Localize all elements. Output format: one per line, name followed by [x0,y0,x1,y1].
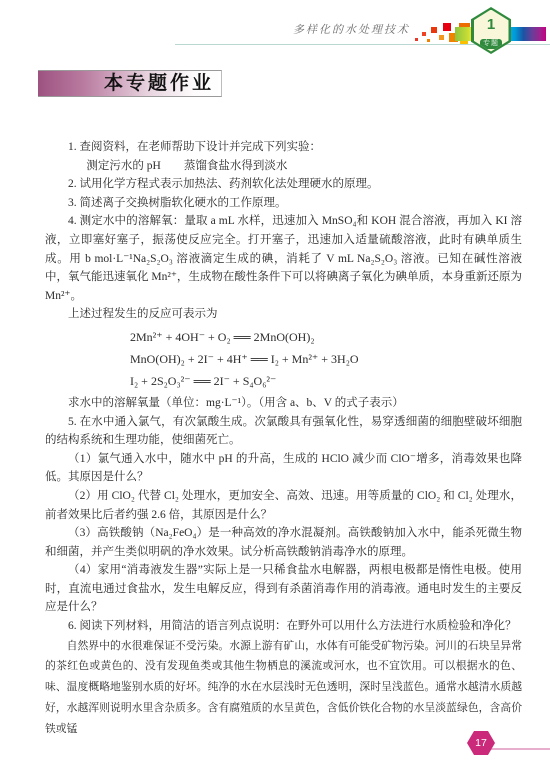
unit-badge-face: 1 专题 [474,10,509,52]
exercise-content: 1. 查阅资料，在老师帮助下设计并完成下列实验： 测定污水的 pH 蒸馏食盐水得… [45,138,522,740]
decor-square [439,35,444,40]
equation-result: 求水中的溶解氧量（单位：mg·L⁻¹）。（用含 a、b、V 的式子表示） [45,394,522,413]
question-1: 1. 查阅资料，在老师帮助下设计并完成下列实验： [45,138,522,157]
equation-intro: 上述过程发生的反应可表示为 [45,305,522,324]
question-1-items: 测定污水的 pH 蒸馏食盐水得到淡水 [45,157,522,176]
equation-line: 2Mn²⁺ + 4OH⁻ + O₂ ══ 2MnO(OH)₂ [130,326,522,348]
decor-square [427,39,430,42]
unit-label: 专题 [480,39,502,49]
decor-square [422,32,426,36]
question-5-2: （2）用 ClO₂ 代替 Cl₂ 处理水，更加安全、高效、迅速。用等质量的 Cl… [45,487,522,524]
question-2: 2. 试用化学方程式表示加热法、药剂软化法处理硬水的原理。 [45,175,522,194]
question-3: 3. 简述离子交换树脂软化硬水的工作原理。 [45,194,522,213]
unit-number: 1 [474,17,509,32]
chapter-title: 多样化的水处理技术 [293,21,410,37]
unit-badge: 1 专题 [471,7,511,54]
question-5-3: （3）高铁酸钠（Na₂FeO₄）是一种高效的净水混凝剂。高铁酸钠加入水中，能杀死… [45,524,522,561]
question-5: 5. 在水中通入氯气，有次氯酸生成。次氯酸具有强氧化性，易穿透细菌的细胞壁破坏细… [45,413,522,450]
equation-line: MnO(OH)₂ + 2I⁻ + 4H⁺ ══ I₂ + Mn²⁺ + 3H₂O [130,348,522,370]
question-4: 4. 测定水中的溶解氧：量取 a mL 水样，迅速加入 MnSO₄和 KOH 混… [45,212,522,305]
decor-square [443,23,451,31]
question-5-1: （1）氯气通入水中，随水中 pH 的升高，生成的 HClO 减少而 ClO⁻增多… [45,450,522,487]
question-6: 6. 阅读下列材料，用简洁的语言列点说明：在野外可以用什么方法进行水质检验和净化… [45,617,522,636]
question-5-4: （4）家用“消毒液发生器”实际上是一只稀食盐水电解器，两根电极都是惰性电极。使用… [45,561,522,617]
page-title: 本专题作业 [38,71,221,96]
equation-line: I₂ + 2S₂O₃²⁻ ══ 2I⁻ + S₄O₆²⁻ [130,370,522,392]
equations-block: 2Mn²⁺ + 4OH⁻ + O₂ ══ 2MnO(OH)₂ MnO(OH)₂ … [130,326,522,392]
decor-square [431,27,437,33]
decor-square [415,38,418,41]
textbook-page: 多样化的水处理技术 1 专题 本专题作业 1. 查阅资料，在老师帮助下设计并完成… [0,0,550,778]
section-title-bar: 本专题作业 [38,70,222,97]
reading-material: 自然界中的水很难保证不受污染。水源上游有矿山，水体有可能受矿物污染。河川的石块呈… [45,636,522,740]
